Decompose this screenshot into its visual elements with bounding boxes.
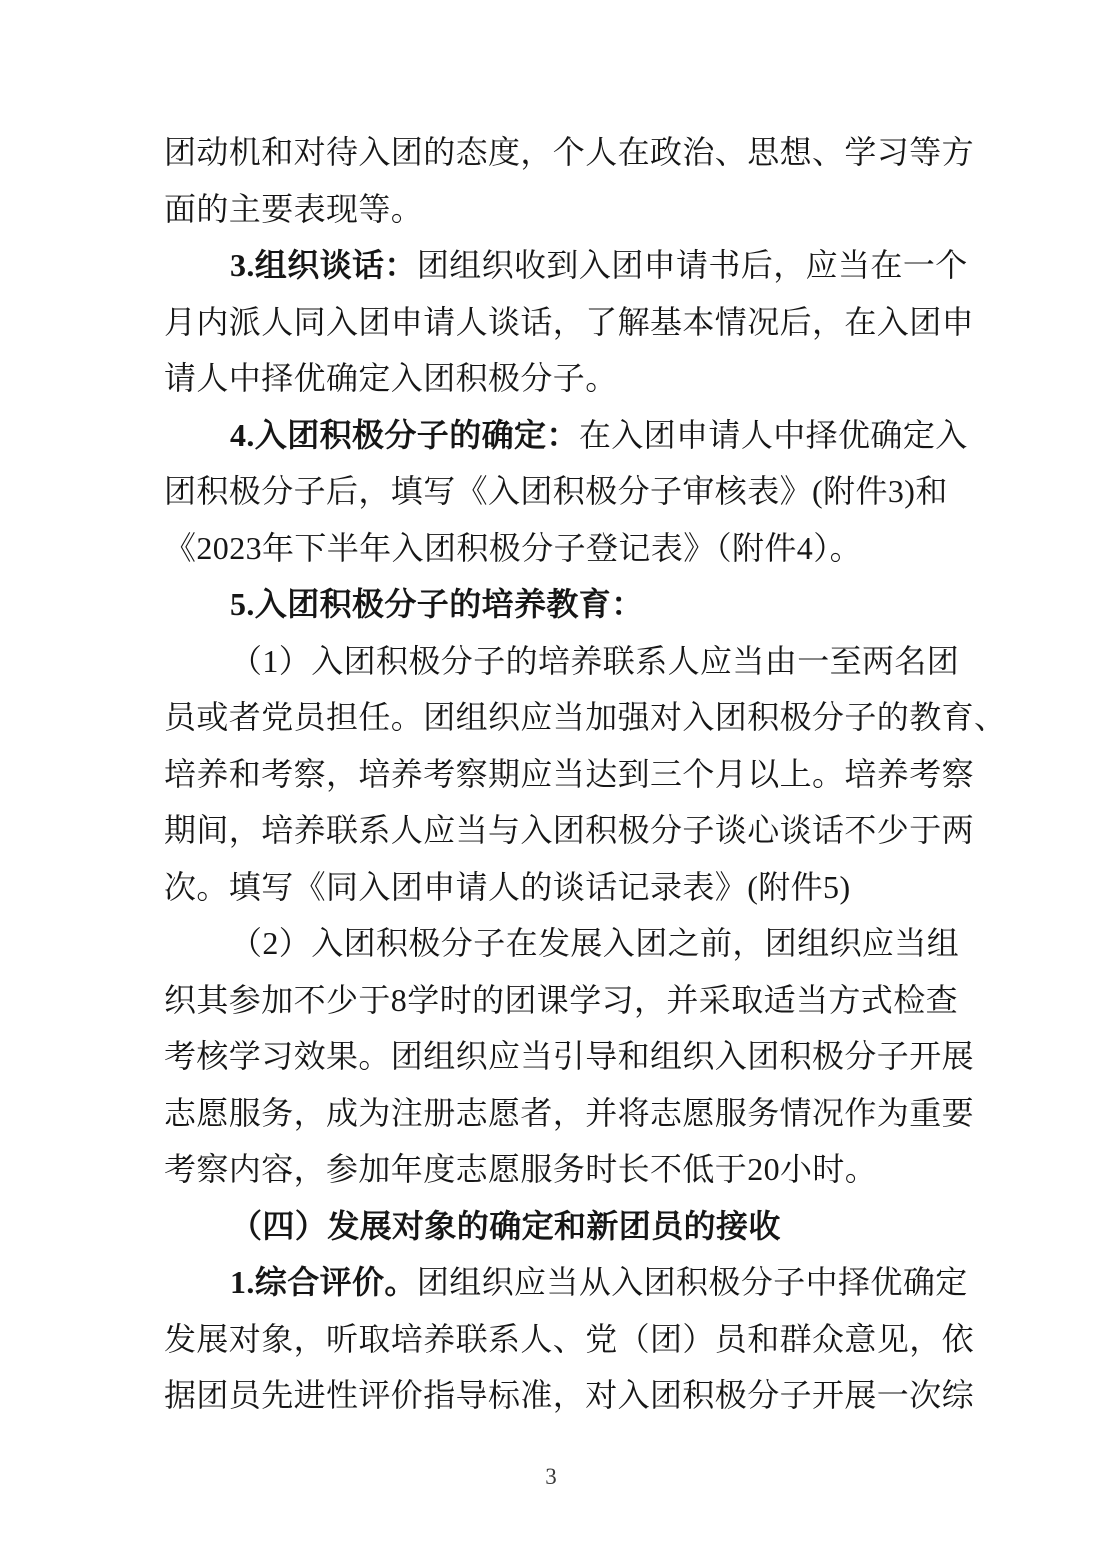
text-segment: 《2023年下半年入团积极分子登记表》（附件4）。 xyxy=(164,530,862,566)
text-line: 《2023年下半年入团积极分子登记表》（附件4）。 xyxy=(164,520,954,577)
text-segment: （四）发展对象的确定和新团员的接收 xyxy=(230,1208,781,1244)
text-line: 考核学习效果。团组织应当引导和组织入团积极分子开展 xyxy=(164,1028,954,1085)
text-line: 培养和考察，培养考察期应当达到三个月以上。培养考察 xyxy=(164,746,954,803)
text-segment: 4.入团积极分子的确定： xyxy=(230,417,579,453)
text-segment: 培养和考察，培养考察期应当达到三个月以上。培养考察 xyxy=(164,756,974,792)
text-segment: 月内派人同入团申请人谈话，了解基本情况后，在入团申 xyxy=(164,304,974,340)
text-segment: 团动机和对待入团的态度，个人在政治、思想、学习等方 xyxy=(164,134,974,170)
text-segment: 发展对象，听取培养联系人、党（团）员和群众意见，依 xyxy=(164,1321,974,1357)
text-line: 5.入团积极分子的培养教育： xyxy=(164,576,954,633)
text-segment: 志愿服务，成为注册志愿者，并将志愿服务情况作为重要 xyxy=(164,1095,974,1131)
text-line: 团动机和对待入团的态度，个人在政治、思想、学习等方 xyxy=(164,124,954,181)
text-segment: 1.综合评价。 xyxy=(230,1264,417,1300)
text-line: 发展对象，听取培养联系人、党（团）员和群众意见，依 xyxy=(164,1311,954,1368)
text-segment: 面的主要表现等。 xyxy=(164,191,423,227)
text-line: 志愿服务，成为注册志愿者，并将志愿服务情况作为重要 xyxy=(164,1085,954,1142)
text-line: 考察内容，参加年度志愿服务时长不低于20小时。 xyxy=(164,1141,954,1198)
text-segment: 考核学习效果。团组织应当引导和组织入团积极分子开展 xyxy=(164,1038,974,1074)
text-line: 面的主要表现等。 xyxy=(164,181,954,238)
text-line: 据团员先进性评价指导标准，对入团积极分子开展一次综 xyxy=(164,1367,954,1424)
text-segment: 请人中择优确定入团积极分子。 xyxy=(164,360,618,396)
text-segment: 团积极分子后，填写《入团积极分子审核表》(附件3)和 xyxy=(164,473,948,509)
text-segment: 员或者党员担任。团组织应当加强对入团积极分子的教育、 xyxy=(164,699,1006,735)
text-line: 次。填写《同入团申请人的谈话记录表》(附件5) xyxy=(164,859,954,916)
text-line: （1）入团积极分子的培养联系人应当由一至两名团 xyxy=(164,633,954,690)
text-line: 月内派人同入团申请人谈话，了解基本情况后，在入团申 xyxy=(164,294,954,351)
text-segment: 3.组织谈话： xyxy=(230,247,417,283)
text-block: 团动机和对待入团的态度，个人在政治、思想、学习等方面的主要表现等。3.组织谈话：… xyxy=(164,124,954,1424)
text-segment: 次。填写《同入团申请人的谈话记录表》(附件5) xyxy=(164,869,851,905)
text-segment: 据团员先进性评价指导标准，对入团积极分子开展一次综 xyxy=(164,1377,974,1413)
text-segment: 团组织收到入团申请书后，应当在一个 xyxy=(417,247,968,283)
text-segment: 在入团申请人中择优确定入 xyxy=(579,417,968,453)
text-line: 织其参加不少于8学时的团课学习，并采取适当方式检查 xyxy=(164,972,954,1029)
text-line: （四）发展对象的确定和新团员的接收 xyxy=(164,1198,954,1255)
text-line: （2）入团积极分子在发展入团之前，团组织应当组 xyxy=(164,915,954,972)
text-segment: 团组织应当从入团积极分子中择优确定 xyxy=(417,1264,968,1300)
document-page: 团动机和对待入团的态度，个人在政治、思想、学习等方面的主要表现等。3.组织谈话：… xyxy=(0,0,1102,1559)
text-line: 团积极分子后，填写《入团积极分子审核表》(附件3)和 xyxy=(164,463,954,520)
page-number: 3 xyxy=(0,1462,1102,1492)
text-line: 期间，培养联系人应当与入团积极分子谈心谈话不少于两 xyxy=(164,802,954,859)
text-segment: 考察内容，参加年度志愿服务时长不低于20小时。 xyxy=(164,1151,877,1187)
text-line: 1.综合评价。团组织应当从入团积极分子中择优确定 xyxy=(164,1254,954,1311)
text-line: 3.组织谈话：团组织收到入团申请书后，应当在一个 xyxy=(164,237,954,294)
text-line: 请人中择优确定入团积极分子。 xyxy=(164,350,954,407)
text-segment: （1）入团积极分子的培养联系人应当由一至两名团 xyxy=(230,643,959,679)
text-line: 员或者党员担任。团组织应当加强对入团积极分子的教育、 xyxy=(164,689,954,746)
text-segment: 5.入团积极分子的培养教育： xyxy=(230,586,644,622)
text-segment: 期间，培养联系人应当与入团积极分子谈心谈话不少于两 xyxy=(164,812,974,848)
text-segment: 织其参加不少于8学时的团课学习，并采取适当方式检查 xyxy=(164,982,958,1018)
text-segment: （2）入团积极分子在发展入团之前，团组织应当组 xyxy=(230,925,959,961)
text-line: 4.入团积极分子的确定：在入团申请人中择优确定入 xyxy=(164,407,954,464)
